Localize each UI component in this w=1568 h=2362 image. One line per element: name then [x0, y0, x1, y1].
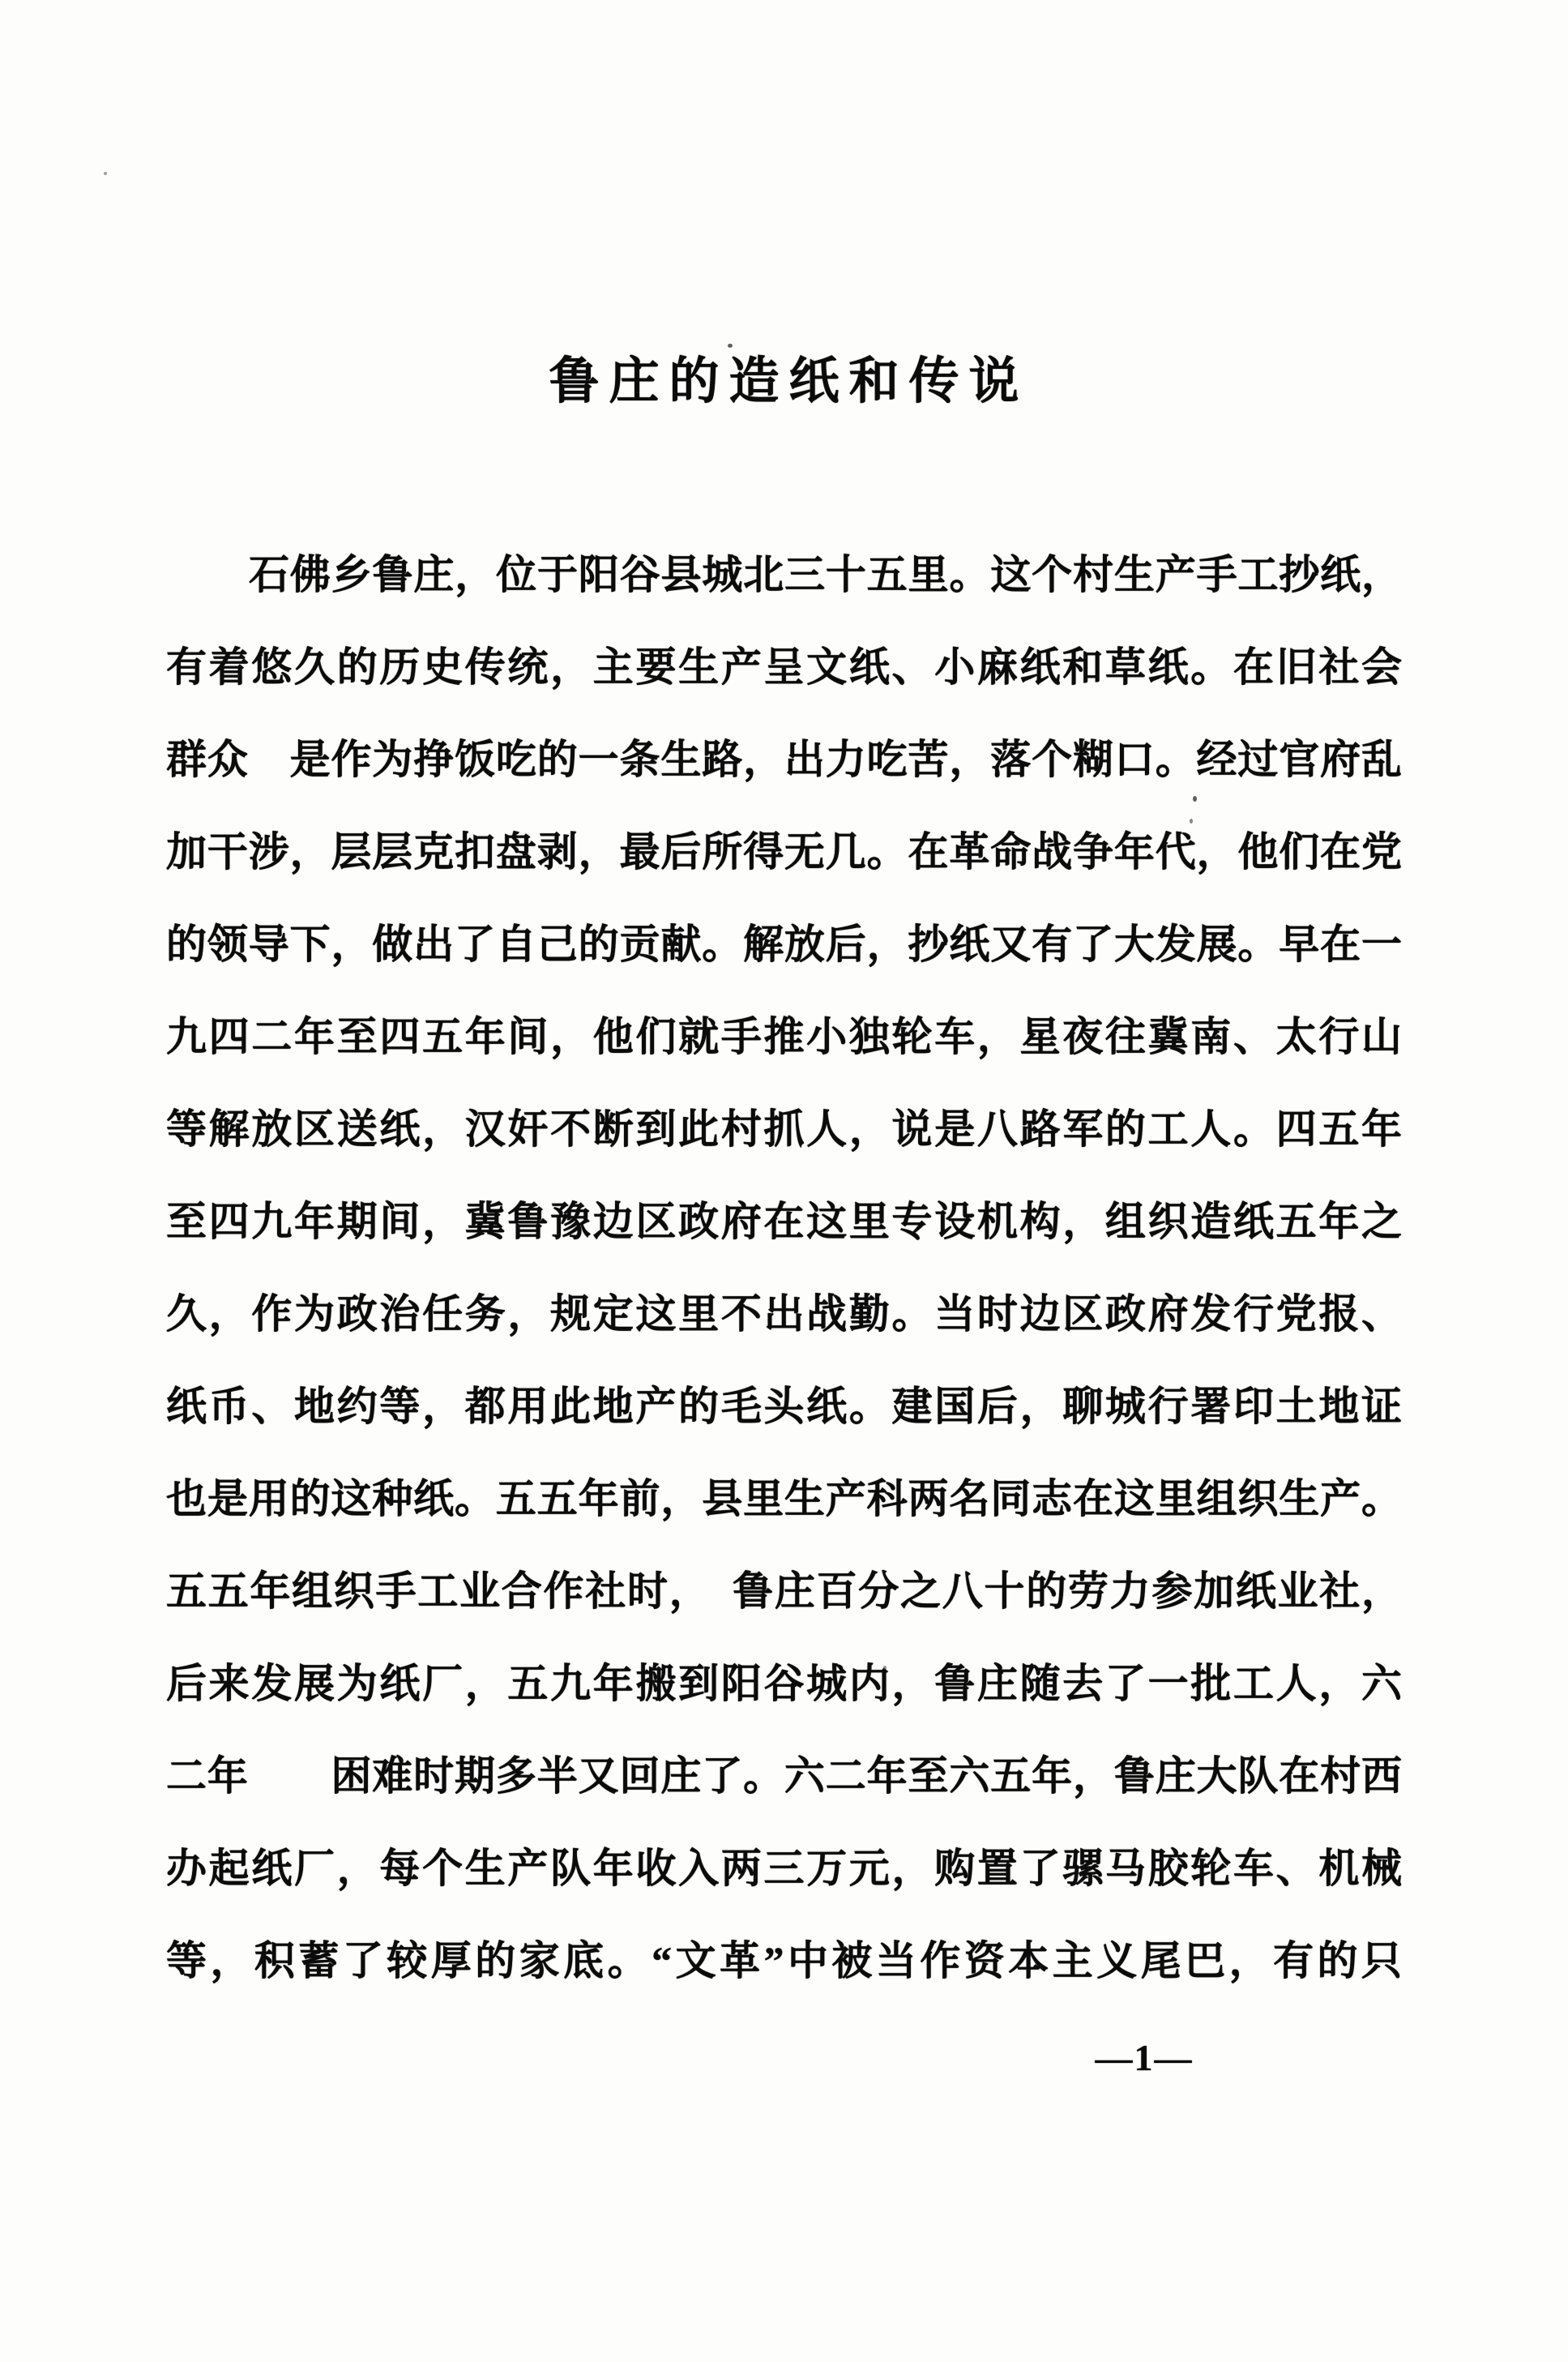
scan-speck: [104, 172, 107, 175]
scan-speck: [728, 344, 733, 348]
scan-speck: [1193, 796, 1197, 802]
text-line: 的领导下，做出了自己的贡献。解放后，抄纸又有了大发展。早在一: [166, 898, 1402, 991]
text-line: 后来发展为纸厂，五九年搬到阳谷城内，鲁庄随去了一批工人，六: [166, 1637, 1402, 1730]
scan-speck: [1190, 819, 1193, 824]
text-line: 二年 困难时期多半又回庄了。六二年至六五年，鲁庄大队在村西: [166, 1730, 1402, 1822]
text-line: 久，作为政治任务，规定这里不出战勤。当时边区政府发行党报、: [166, 1268, 1402, 1360]
text-line: 也是用的这种纸。五五年前，县里生产科两名同志在这里组织生产。: [166, 1453, 1402, 1545]
body-text: 石佛乡鲁庄，位于阳谷县城北三十五里。这个村生产手工抄纸，有着悠久的历史传统，主要…: [166, 528, 1402, 2007]
text-line: 群众 是作为挣饭吃的一条生路，出力吃苦，落个糊口。经过官府乱: [166, 713, 1402, 806]
text-line: 九四二年至四五年间，他们就手推小独轮车，星夜往冀南、太行山: [166, 991, 1402, 1083]
text-line: 等，积蓄了较厚的家底。“文革”中被当作资本主义尾巴，有的只: [166, 1915, 1402, 2007]
page-title: 鲁庄的造纸和传说: [0, 340, 1568, 413]
scanned-document-page: 鲁庄的造纸和传说 石佛乡鲁庄，位于阳谷县城北三十五里。这个村生产手工抄纸，有着悠…: [0, 0, 1568, 2362]
scan-speck: [883, 1666, 887, 1670]
page-number: —1—: [1071, 2036, 1217, 2079]
text-line: 至四九年期间，冀鲁豫边区政府在这里专设机构，组织造纸五年之: [166, 1175, 1402, 1268]
text-line: 五五年组织手工业合作社时， 鲁庄百分之八十的劳力参加纸业社，: [166, 1545, 1402, 1637]
text-line: 纸币、地约等，都用此地产的毛头纸。建国后，聊城行署印土地证: [166, 1360, 1402, 1453]
text-line: 石佛乡鲁庄，位于阳谷县城北三十五里。这个村生产手工抄纸，: [166, 528, 1402, 621]
text-line: 加干涉，层层克扣盘剥，最后所得无几。在革命战争年代，他们在党: [166, 806, 1402, 898]
text-line: 有着悠久的历史传统，主要生产呈文纸、小麻纸和草纸。在旧社会: [166, 621, 1402, 713]
text-line: 办起纸厂，每个生产队年收入两三万元，购置了骡马胶轮车、机械: [166, 1822, 1402, 1915]
text-line: 等解放区送纸，汉奸不断到此村抓人，说是八路军的工人。四五年: [166, 1083, 1402, 1175]
